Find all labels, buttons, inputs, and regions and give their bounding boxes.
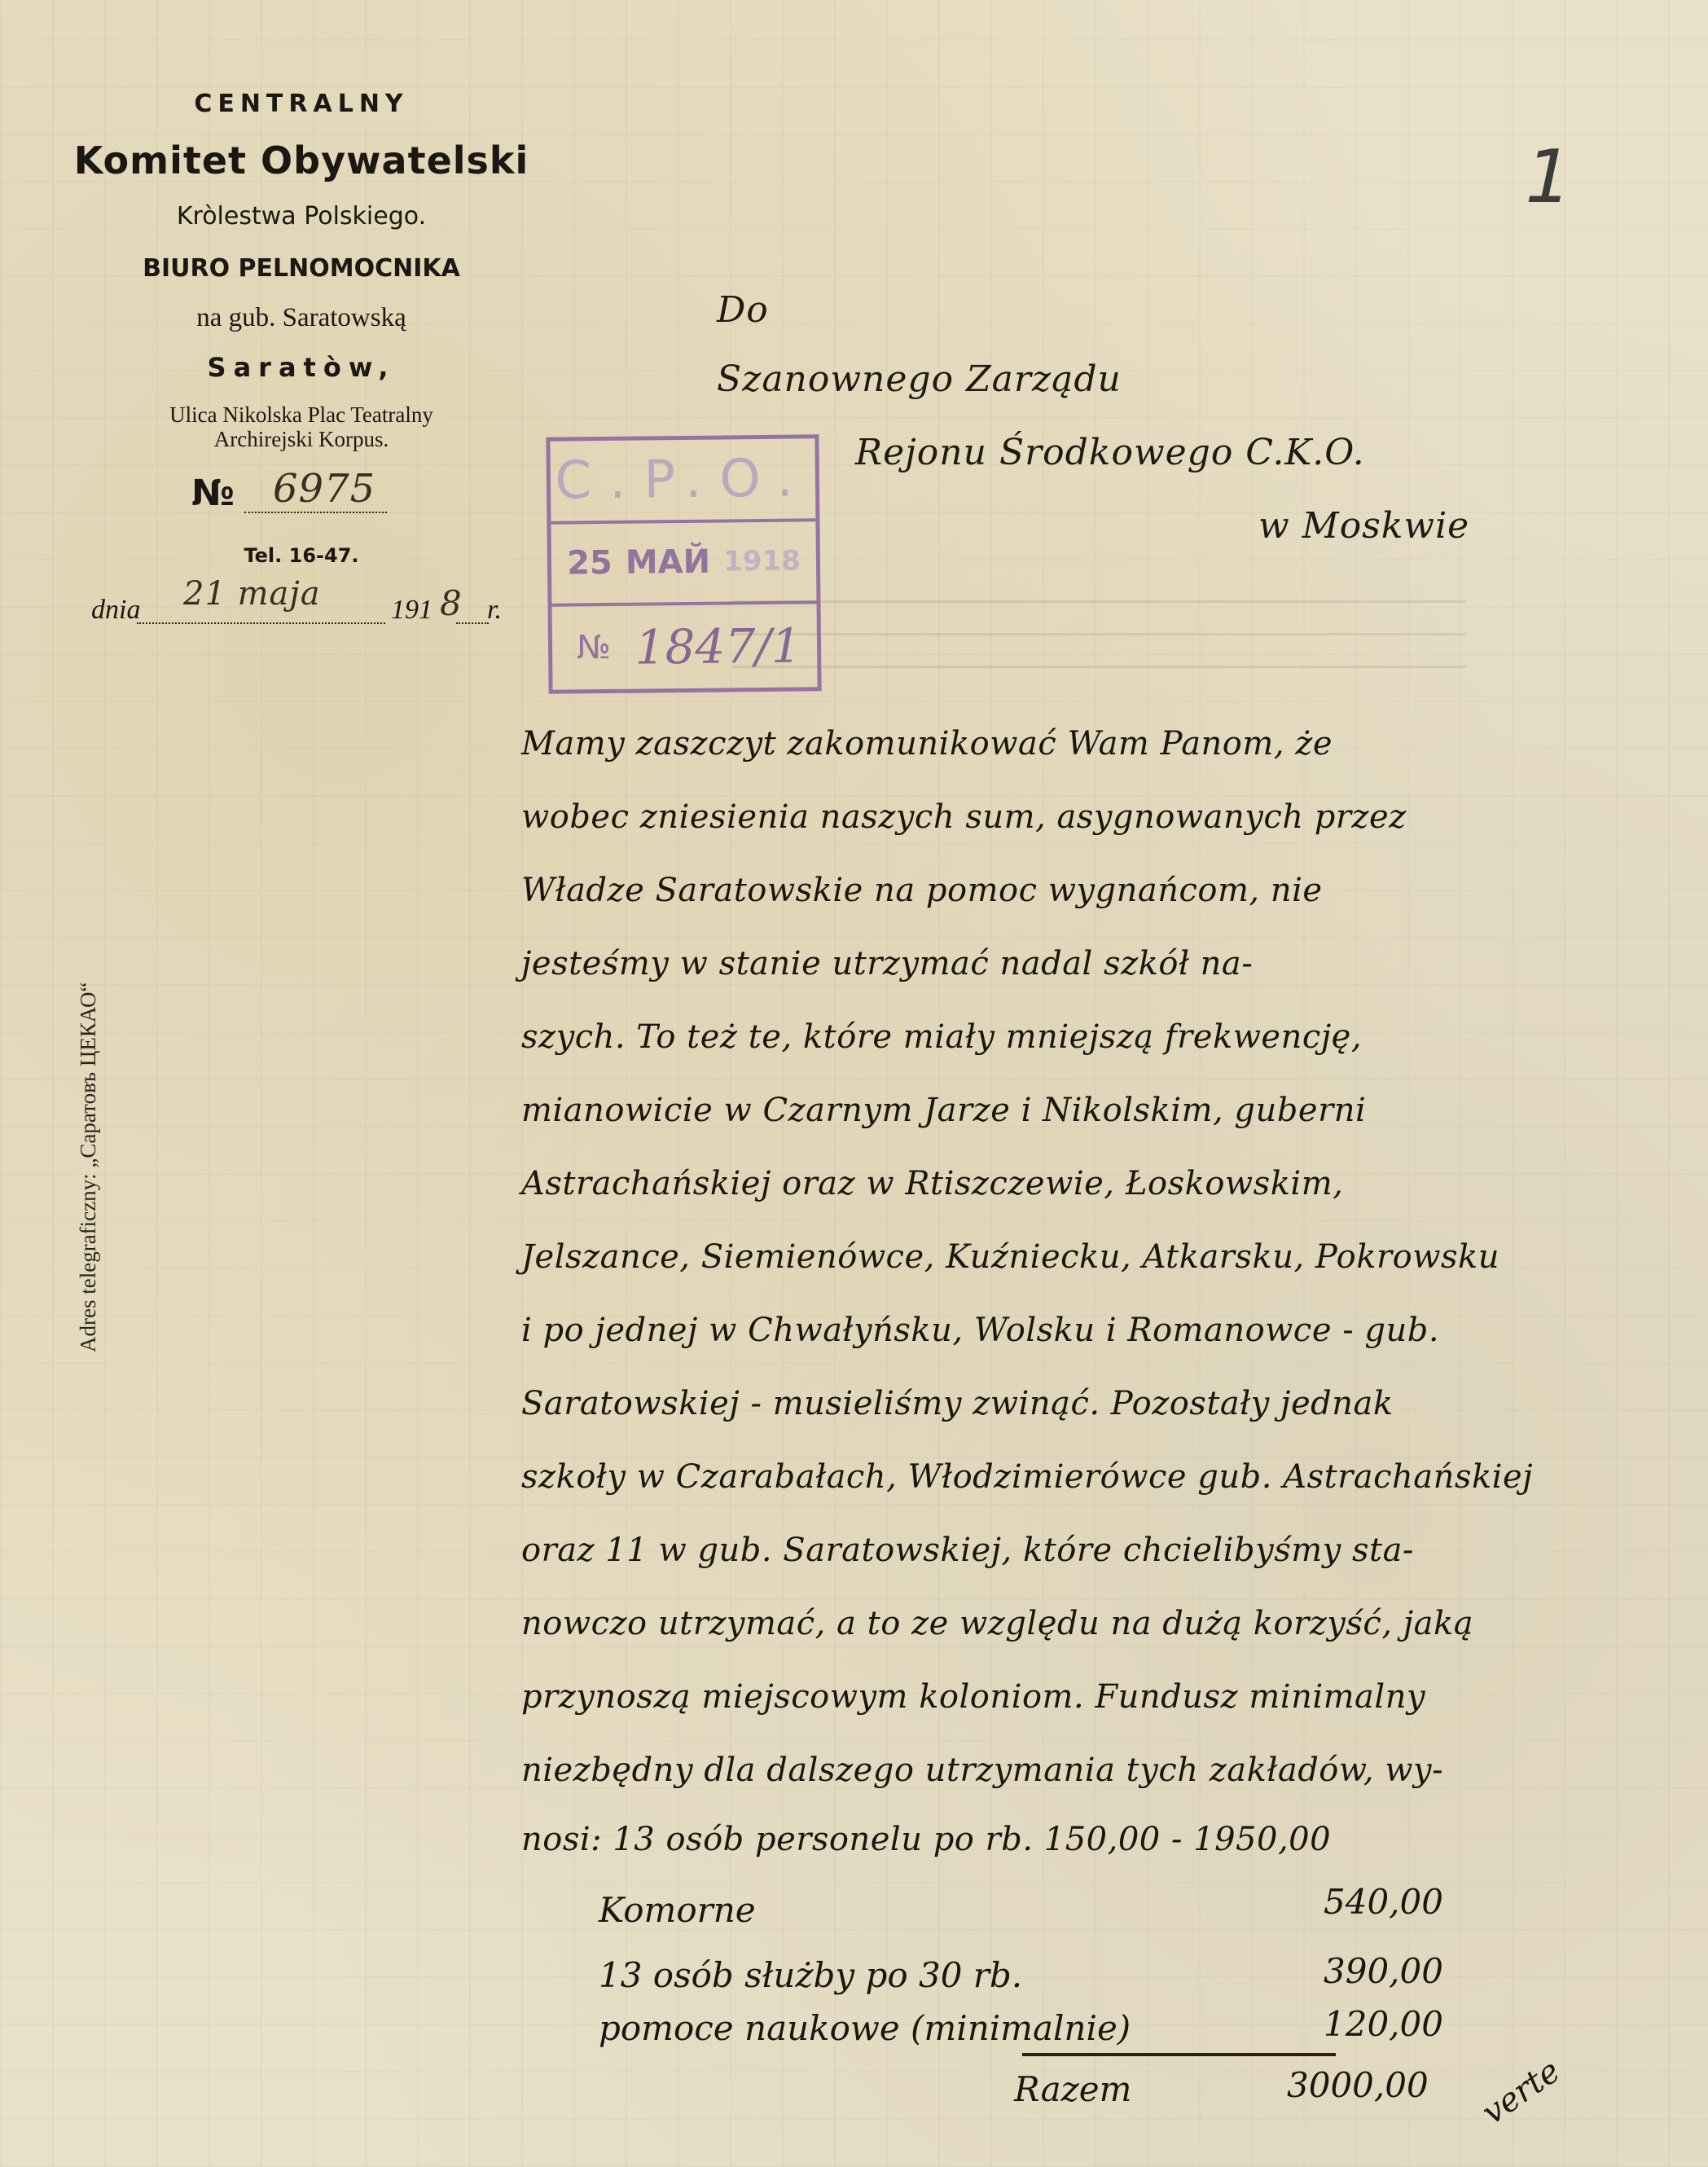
page-number: 1 <box>1516 134 1581 220</box>
stamp-date: 25 МАЙ 1918 <box>551 521 816 607</box>
body-line: Saratowskiej - musieliśmy zwinąć. Pozost… <box>521 1385 1394 1422</box>
sum-underline <box>1022 2053 1336 2056</box>
body-line: Mamy zaszczyt zakomunikować Wam Panom, ż… <box>521 725 1333 763</box>
addressee-line-1: Szanownego Zarządu <box>717 358 1122 400</box>
body-line: oraz 11 w gub. Saratowskiej, które chcie… <box>521 1532 1414 1569</box>
bleed-through-texture <box>733 570 1466 668</box>
letterhead-office: BIURO PELNOMOCNIKA <box>73 254 529 283</box>
year-suffix-handwritten: 8 <box>440 583 463 623</box>
body-line: mianowicie w Czarnym Jarze i Nikolskim, … <box>521 1092 1366 1129</box>
letterhead-governorate: na gub. Saratowską <box>73 303 529 333</box>
body-line: przynoszą miejscowym koloniom. Fundusz m… <box>521 1678 1425 1716</box>
reference-number-dotted-line <box>244 512 387 513</box>
year-prefix: 191 <box>391 595 432 626</box>
budget-total-amount: 3000,00 <box>1287 2065 1429 2105</box>
body-line: Władze Saratowskie na pomoc wygnańcom, n… <box>521 872 1323 909</box>
body-line: i po jednej w Chwałyńsku, Wolsku i Roman… <box>521 1312 1439 1349</box>
verte-note: verte <box>1475 2052 1567 2132</box>
letterhead-centralny: CENTRALNY <box>73 90 529 118</box>
stamp-day: 25 <box>567 544 613 582</box>
body-line: jesteśmy w stanie utrzymać nadal szkół n… <box>521 945 1253 982</box>
body-line: szych. To też te, które miały mniejszą f… <box>521 1018 1362 1056</box>
telegraphic-address: Adres telegraficzny: „Саратовъ ЦЕКАО“ <box>76 982 101 1352</box>
letterhead-kingdom: Kròlestwa Polskiego. <box>73 202 529 231</box>
stamp-month: МАЙ <box>626 543 711 582</box>
body-line: nowczo utrzymać, a to ze względu na dużą… <box>521 1605 1473 1642</box>
addressee-salutation: Do <box>717 289 769 331</box>
addressee-line-2: Rejonu Środkowego C.K.O. <box>855 432 1365 473</box>
body-line: niezbędny dla dalszego utrzymania tych z… <box>521 1752 1443 1789</box>
address-line-2: Archirejski Korpus. <box>73 427 529 451</box>
date-suffix: r. <box>487 595 502 626</box>
reference-number-handwritten: 6975 <box>273 466 375 512</box>
body-line: szkoły w Czarabałach, Włodzimierówce gub… <box>521 1458 1533 1496</box>
budget-item-label: pomoce naukowe (minimalnie) <box>599 2008 1131 2048</box>
stamp-registration-number: 1847/1 <box>634 618 801 675</box>
body-line: wobec zniesienia naszych sum, asygnowany… <box>521 798 1407 836</box>
date-handwritten: 21 maja <box>183 575 321 613</box>
body-line: Jelszance, Siemienówce, Kuźniecku, Atkar… <box>521 1238 1499 1276</box>
stamp-number-label: № <box>577 629 611 666</box>
letterhead-address: Ulica Nikolska Plac Teatralny Archirejsk… <box>73 402 529 451</box>
budget-item-label: 13 osób służby po 30 rb. <box>599 1955 1022 1995</box>
date-dotted-line <box>137 622 385 624</box>
address-line-1: Ulica Nikolska Plac Teatralny <box>73 402 529 427</box>
budget-item-label: Komorne <box>599 1890 756 1930</box>
receipt-stamp: C.P.O. 25 МАЙ 1918 № 1847/1 <box>546 434 821 693</box>
stamp-organization: C.P.O. <box>550 438 815 524</box>
letterhead-telephone: Tel. 16-47. <box>73 544 529 567</box>
stamp-year: 1918 <box>723 545 801 578</box>
budget-item-amount: 120,00 <box>1324 2004 1443 2044</box>
addressee-line-3: w Moskwie <box>1258 505 1469 547</box>
letterhead-city: Saratòw, <box>73 352 529 383</box>
budget-item-amount: 390,00 <box>1324 1951 1443 1991</box>
reference-number-label: № <box>191 473 235 514</box>
letterhead-organization-name: Komitet Obywatelski <box>73 138 529 182</box>
budget-item-amount: 540,00 <box>1324 1882 1443 1922</box>
body-line: Astrachańskiej oraz w Rtiszczewie, Łosko… <box>521 1165 1343 1202</box>
budget-total-label: Razem <box>1014 2069 1131 2109</box>
stamp-registration: № 1847/1 <box>552 604 818 689</box>
date-label: dnia <box>91 595 140 626</box>
budget-line-personnel: nosi: 13 osób personelu po rb. 150,00 - … <box>521 1821 1331 1858</box>
